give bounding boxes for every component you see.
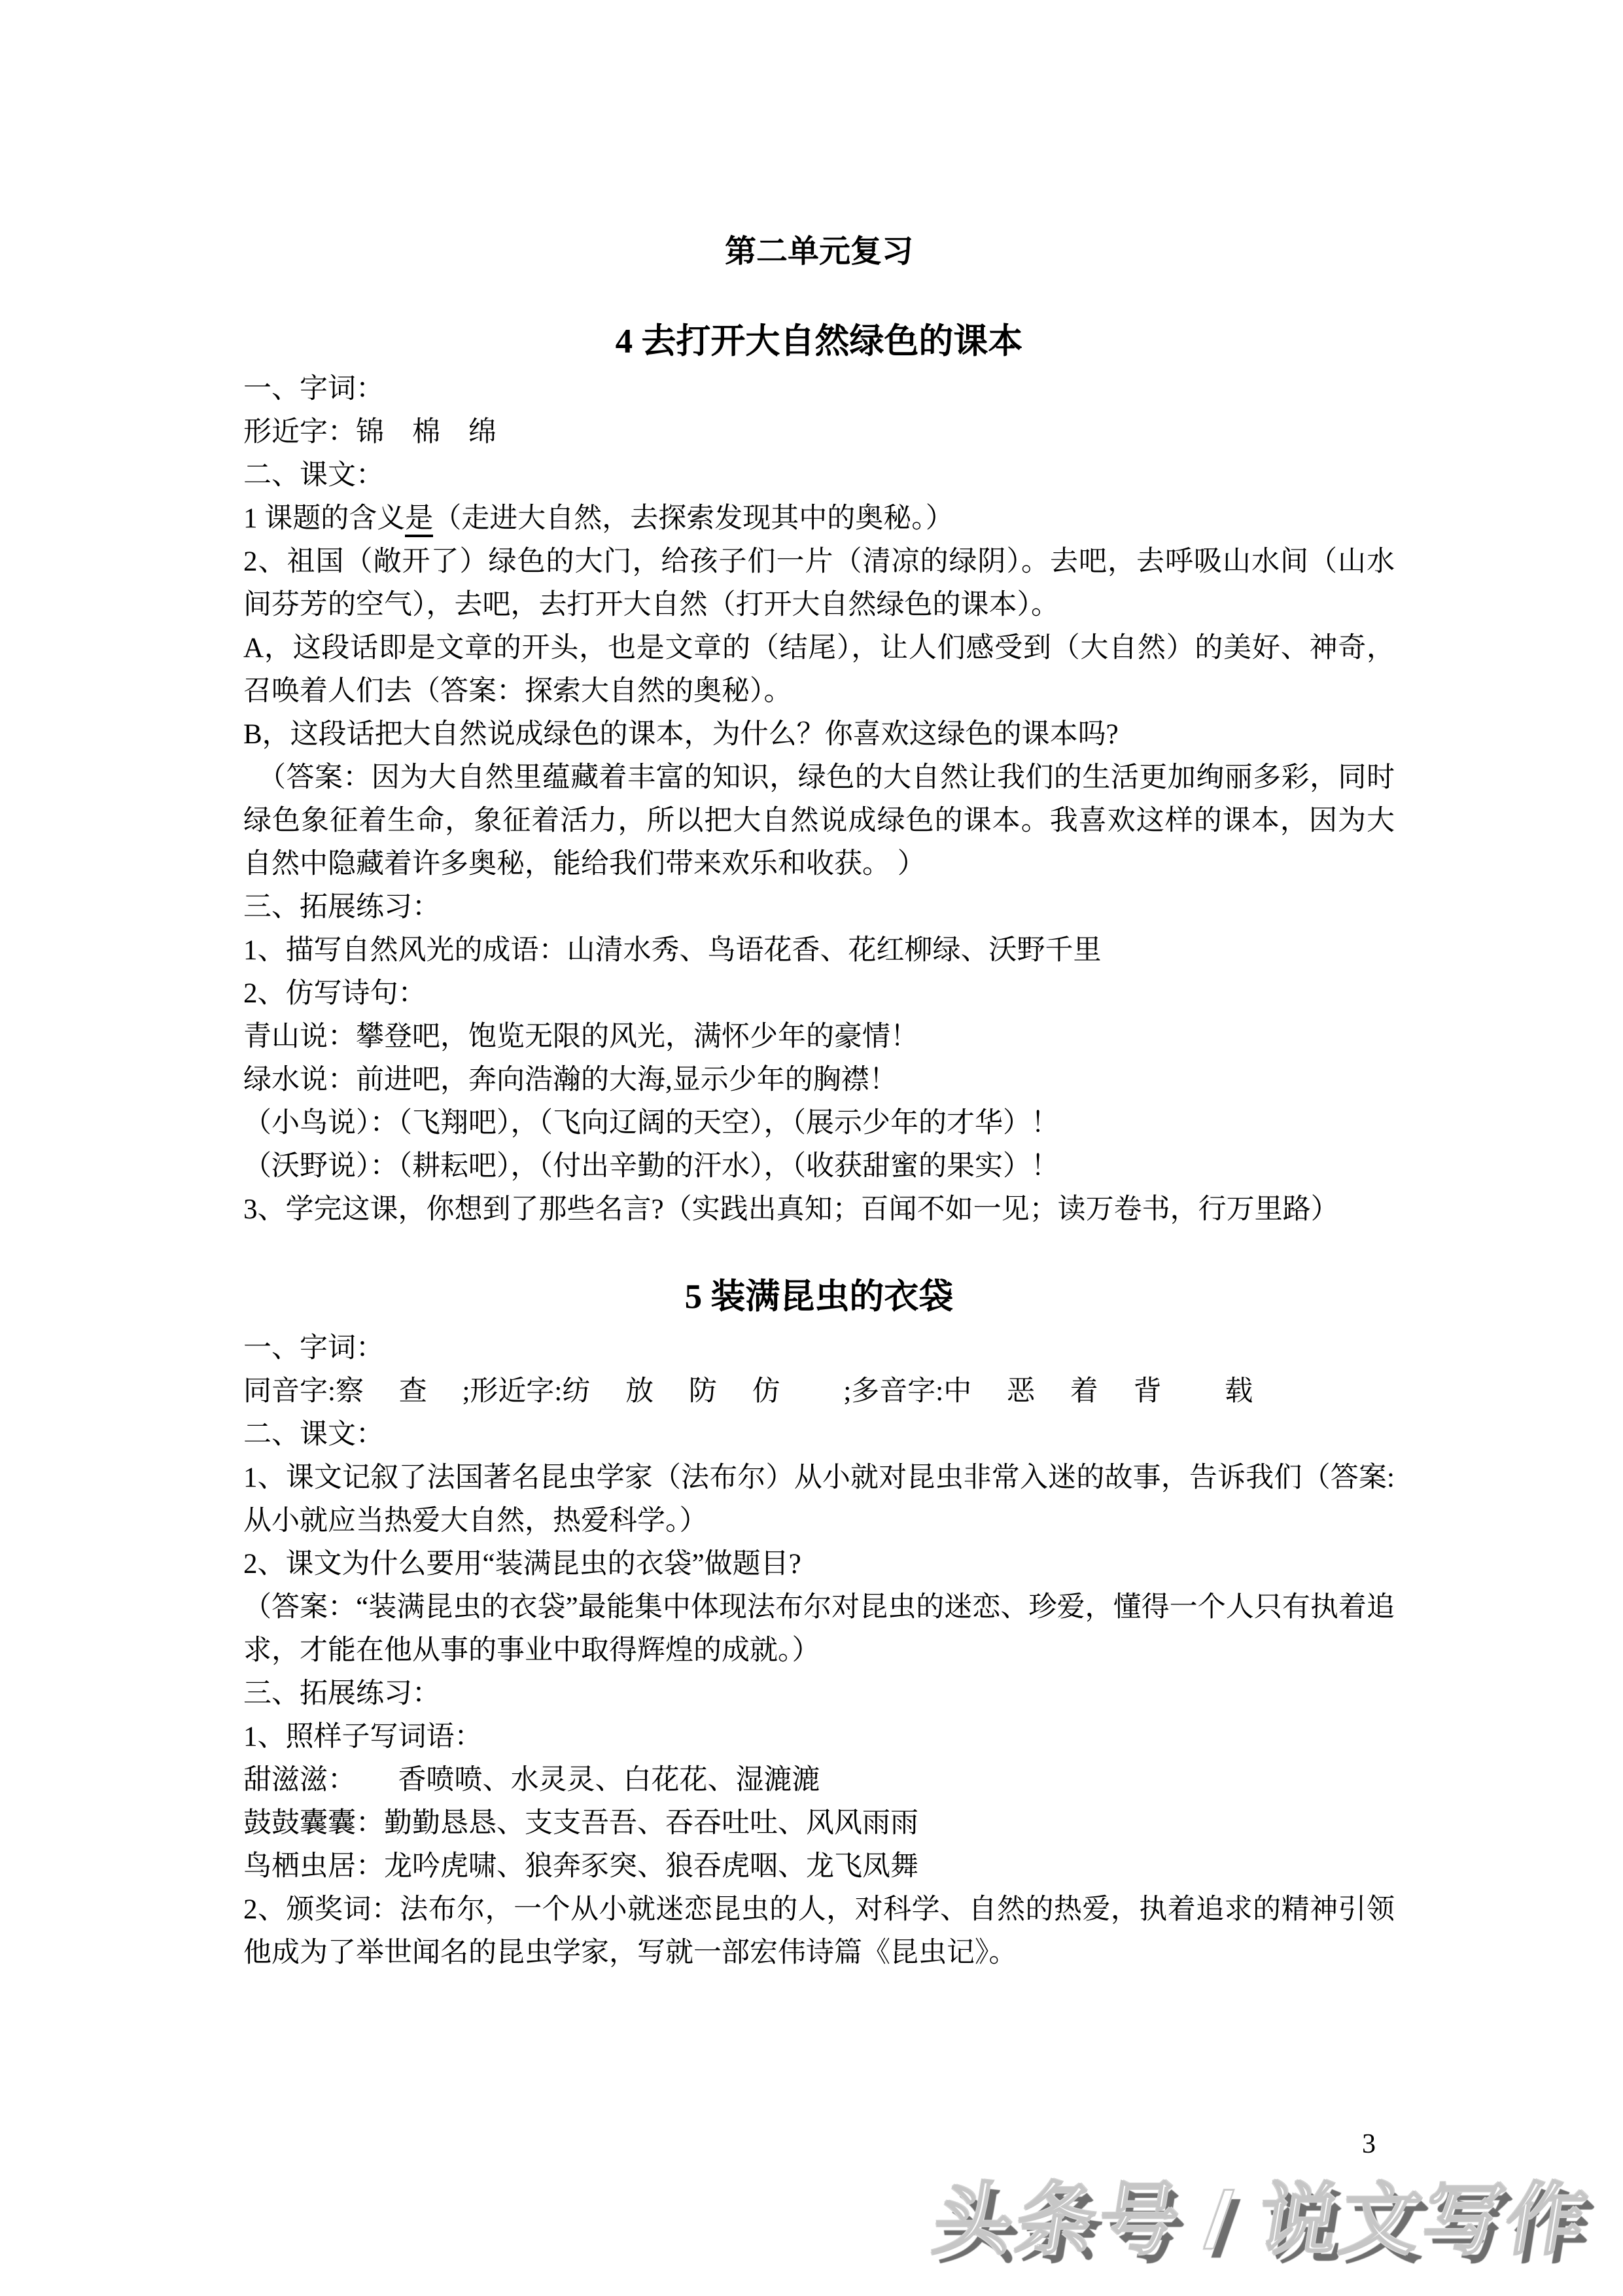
lesson5-text-section-label: 二、课文： <box>243 1413 1395 1457</box>
lesson4-similar-characters-line: 形近字：锦 棉 绵 <box>243 411 1395 454</box>
lesson4-question-b-line: B，这段话把大自然说成绿色的课本，为什么？你喜欢这绿色的课本吗? <box>243 713 1395 756</box>
lesson4-extension3-line: 3、学完这课，你想到了那些名言?（实践出真知；百闻不如一见；读万卷书，行万里路） <box>243 1188 1395 1231</box>
q1-suffix: （走进大自然，去探索发现其中的奥秘。） <box>433 503 954 534</box>
lesson5-question2-line: 2、课文为什么要用“装满昆虫的衣袋”做题目? <box>243 1543 1395 1586</box>
q1-underlined-answer: 是 <box>405 503 433 537</box>
page-content: 第二单元复习 4 去打开大自然绿色的课本 一、字词： 形近字：锦 棉 绵 二、课… <box>243 230 1395 1975</box>
lesson4-text-section-label: 二、课文： <box>243 454 1395 497</box>
lesson4-question2-paragraph: 2、祖国（敞开了）绿色的大门，给孩子们一片（清凉的绿阴）。去吧，去呼吸山水间（山… <box>243 540 1395 627</box>
lesson4-verse-lvshui-line: 绿水说：前进吧，奔向浩瀚的大海,显示少年的胸襟！ <box>243 1059 1395 1102</box>
lesson4-verse-woye-line: （沃野说）：（耕耘吧），（付出辛勤的汗水），（收获甜蜜的果实）！ <box>243 1145 1395 1188</box>
section-lesson-4: 4 去打开大自然绿色的课本 一、字词： 形近字：锦 棉 绵 二、课文： 1 课题… <box>243 317 1395 1231</box>
lesson4-question-a-paragraph: A，这段话即是文章的开头，也是文章的（结尾），让人们感受到（大自然）的美好、神奇… <box>243 627 1395 713</box>
lesson5-question2-answer-paragraph: （答案：“装满昆虫的衣袋”最能集中体现法布尔对昆虫的迷恋、珍爱，懂得一个人只有执… <box>243 1586 1395 1672</box>
lesson4-verse-qingshan-line: 青山说：攀登吧，饱览无限的风光，满怀少年的豪情！ <box>243 1016 1395 1059</box>
lesson4-extension-section-label: 三、拓展练习： <box>243 886 1395 929</box>
lesson4-question-b-answer-paragraph: （答案：因为大自然里蕴藏着丰富的知识，绿色的大自然让我们的生活更加绚丽多彩，同时… <box>243 756 1395 886</box>
lesson4-verse-xiaoniao-line: （小鸟说）：（飞翔吧），（飞向辽阔的天空），（展示少年的才华）！ <box>243 1102 1395 1145</box>
lesson5-example-niaoqichongju-line: 鸟栖虫居：龙吟虎啸、狼奔豕突、狼吞虎咽、龙飞凤舞 <box>243 1845 1395 1888</box>
section-lesson-5: 5 装满昆虫的衣袋 一、字词： 同音字:察 查 ;形近字:纺 放 防 仿 ;多音… <box>243 1272 1395 1975</box>
lesson4-word-section-label: 一、字词： <box>243 368 1395 411</box>
lesson4-extension1-line: 1、描写自然风光的成语：山清水秀、鸟语花香、花红柳绿、沃野千里 <box>243 929 1395 972</box>
lesson5-example-tianzizi-line: 甜滋滋： 香喷喷、水灵灵、白花花、湿漉漉 <box>243 1759 1395 1802</box>
lesson5-extension1-label: 1、照样子写词语： <box>243 1716 1395 1759</box>
document-page: 第二单元复习 4 去打开大自然绿色的课本 一、字词： 形近字：锦 棉 绵 二、课… <box>0 0 1623 2296</box>
lesson5-question1-paragraph: 1、课文记叙了法国著名昆虫学家（法布尔）从小就对昆虫非常入迷的故事，告诉我们（答… <box>243 1457 1395 1543</box>
lesson5-award-speech-paragraph: 2、颁奖词：法布尔，一个从小就迷恋昆虫的人，对科学、自然的热爱，执着追求的精神引… <box>243 1888 1395 1975</box>
lesson5-heading: 5 装满昆虫的衣袋 <box>243 1272 1395 1322</box>
lesson4-extension2-label: 2、仿写诗句： <box>243 972 1395 1016</box>
lesson5-example-gugunangnang-line: 鼓鼓囊囊：勤勤恳恳、支支吾吾、吞吞吐吐、风风雨雨 <box>243 1802 1395 1845</box>
q1-prefix: 1 课题的含义 <box>243 503 405 534</box>
unit-title: 第二单元复习 <box>243 230 1395 274</box>
page-number: 3 <box>1362 2128 1376 2161</box>
watermark: 头条号 / 说文写作 <box>928 2174 1597 2267</box>
lesson5-extension-section-label: 三、拓展练习： <box>243 1672 1395 1716</box>
lesson5-word-line: 同音字:察 查 ;形近字:纺 放 防 仿 ;多音字:中 恶 着 背 载 <box>243 1370 1395 1413</box>
lesson4-question1-line: 1 课题的含义是（走进大自然，去探索发现其中的奥秘。） <box>243 497 1395 540</box>
lesson4-heading: 4 去打开大自然绿色的课本 <box>243 317 1395 366</box>
lesson5-word-section-label: 一、字词： <box>243 1327 1395 1370</box>
